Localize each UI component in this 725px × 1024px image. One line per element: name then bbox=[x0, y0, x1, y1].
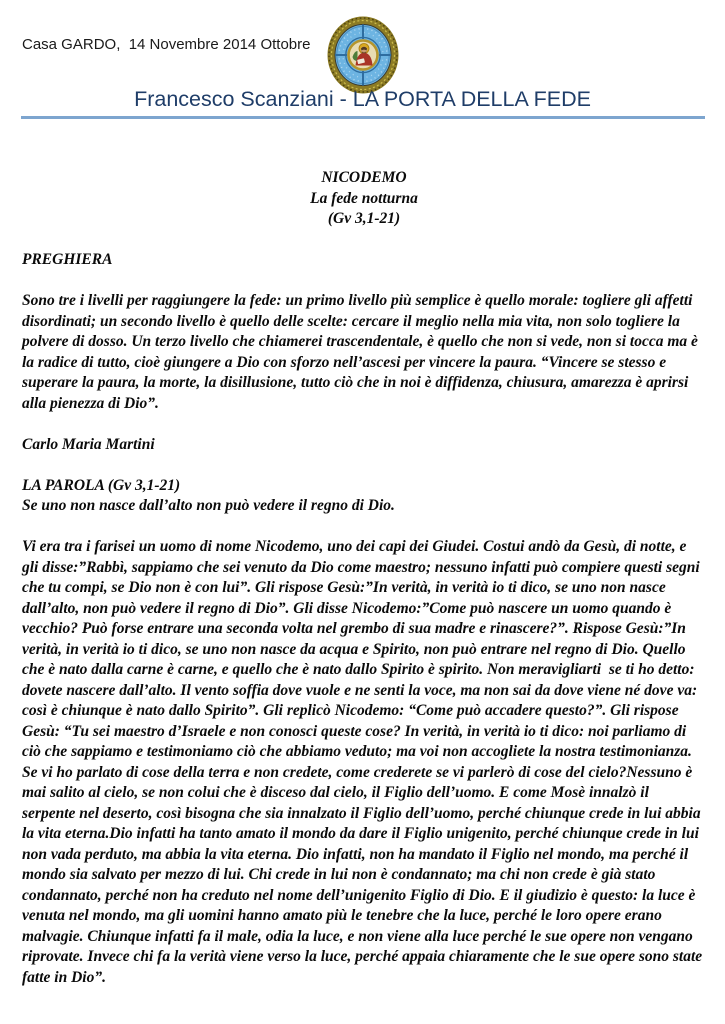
parola-paragraph: Vi era tra i farisei un uomo di nome Nic… bbox=[22, 537, 706, 988]
logo bbox=[0, 16, 725, 94]
doc-heading: NICODEMO La fede notturna (Gv 3,1-21) bbox=[22, 168, 706, 230]
doc-heading-line2: La fede notturna bbox=[22, 189, 706, 210]
document-body: NICODEMO La fede notturna (Gv 3,1-21) PR… bbox=[22, 168, 706, 988]
document-page: Casa GARDO, 14 Novembre 2014 Ottobre bbox=[0, 0, 725, 1024]
preghiera-paragraph: Sono tre i livelli per raggiungere la fe… bbox=[22, 291, 706, 414]
doc-heading-line3: (Gv 3,1-21) bbox=[22, 209, 706, 230]
page-title: Francesco Scanziani - LA PORTA DELLA FED… bbox=[0, 87, 725, 112]
preghiera-attribution: Carlo Maria Martini bbox=[22, 435, 706, 456]
parola-subtitle: Se uno non nasce dall’alto non può veder… bbox=[22, 496, 706, 517]
preghiera-label: PREGHIERA bbox=[22, 250, 706, 271]
stained-glass-evangelist-icon bbox=[327, 16, 399, 94]
doc-heading-line1: NICODEMO bbox=[22, 168, 706, 189]
parola-label: LA PAROLA (Gv 3,1-21) bbox=[22, 476, 706, 497]
title-rule-divider bbox=[21, 116, 705, 119]
